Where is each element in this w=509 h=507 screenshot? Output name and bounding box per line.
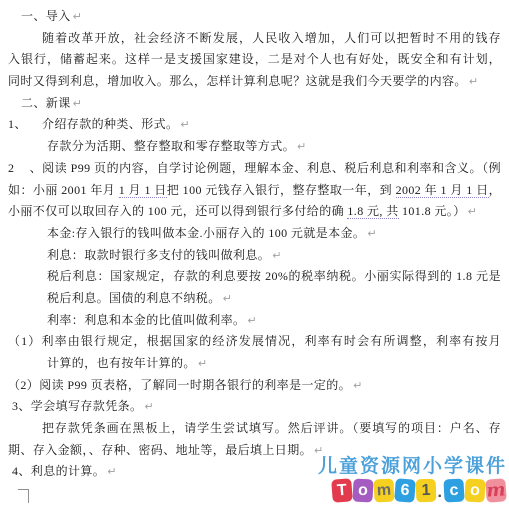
paragraph-mark-icon: ↵ (297, 140, 306, 153)
doc-text: 4、利息的计算。 (12, 464, 105, 478)
watermark-logo: Tom61.com (332, 477, 506, 503)
doc-text: 入银行，储蓄起来。这样一是支援国家建设，二是对个人也有好处，既安全和有计划， (8, 52, 501, 66)
doc-text: 101.8 元。） (399, 204, 466, 218)
doc-text: 利息：取款时银行多支付的钱叫做利息。 (47, 248, 270, 262)
doc-line: 税后利息：国家规定，存款的利息要按 20%的税率纳税。小丽实际得到的 1.8 元… (0, 266, 501, 288)
paragraph-mark-icon: ↵ (144, 400, 153, 413)
paragraph-mark-icon: ↵ (107, 465, 116, 478)
paragraph-mark-icon: ↵ (469, 75, 478, 88)
grammar-marked-text: 2002 年 1 月 1 日 (396, 183, 489, 198)
doc-line: 入银行，储蓄起来。这样一是支援国家建设，二是对个人也有好处，既安全和有计划， (0, 49, 501, 71)
doc-text: 存款分为活期、整存整取和零存整取等方式。 (47, 139, 295, 153)
doc-text: （2）阅读 P99 页表格，了解同一时期各银行的利率是一定的。 (8, 378, 351, 392)
doc-line: 利率：利息和本金的比值叫做利率。↵ (0, 310, 501, 332)
doc-line: （1）利率由银行规定，根据国家的经济发展情况，利率有时会有所调整，利率有按月 (0, 331, 501, 353)
doc-line: 3、学会填写存款凭条。↵ (0, 396, 501, 418)
logo-tile-m: m (485, 478, 507, 502)
paragraph-mark-icon: ↵ (367, 227, 376, 240)
logo-tile-o: o (464, 478, 485, 502)
logo-tile-o: o (352, 478, 373, 502)
doc-text: ， (489, 183, 501, 197)
doc-text: 税后利息：国家规定，存款的利息要按 20%的税率纳税。小丽实际得到的 1.8 元… (47, 269, 501, 283)
paragraph-mark-icon: ↵ (468, 205, 477, 218)
doc-text: 小丽不仅可以取回存入的 100 元，还可以得到银行多付给的确 (8, 204, 347, 218)
doc-text: 如：小丽 2001 年月 (8, 183, 119, 197)
paragraph-mark-icon: ↵ (73, 10, 82, 23)
paragraph-mark-icon: ↵ (247, 314, 256, 327)
doc-text: 本金:存入银行的钱叫做本金.小丽存入的 100 元就是本金。 (47, 226, 365, 240)
logo-tile-c: c (443, 478, 464, 502)
doc-line: 二、新课↵ (0, 93, 501, 115)
doc-text: 把存款凭条画在黑板上，请学生尝试填写。然后评讲。（要填写的项目：户名、存 (42, 421, 501, 435)
doc-line: 1、介绍存款的种类、形式。↵ (0, 114, 501, 136)
grammar-marked-text: 1.8 元, 共 (347, 204, 398, 219)
logo-tile-m: m (373, 478, 394, 502)
doc-line: 计算的，也有按年计算的。↵ (0, 353, 501, 375)
paragraph-mark-icon: ↵ (272, 249, 281, 262)
doc-line: 2、阅读 P99 页的内容，自学讨论例题，理解本金、利息、税后利息和利率和含义。… (0, 158, 501, 180)
logo-tile-6: 6 (394, 478, 416, 502)
doc-line: （2）阅读 P99 页表格，了解同一时期各银行的利率是一定的。↵ (0, 375, 501, 397)
logo-tile-T: T (331, 478, 353, 502)
paragraph-mark-icon: ↵ (180, 118, 189, 131)
doc-text: 介绍存款的种类、形式。 (42, 117, 178, 131)
doc-text: 同时又得到利息，增加收入。那么，怎样计算利息呢？这就是我们今天要学的内容。 (8, 74, 467, 88)
paragraph-mark-icon: ↵ (73, 97, 82, 110)
doc-text: 税后利息。国债的利息不纳税。 (47, 291, 221, 305)
doc-line: 税后利息。国债的利息不纳税。↵ (0, 288, 501, 310)
doc-body: 一、导入↵随着改革开放，社会经济不断发展，人民收入增加，人们可以把暂时不用的钱存… (0, 0, 509, 483)
doc-text: 阅读 P99 页的内容，自学讨论例题，理解本金、利息、税后利息和利率和含义。（例 (42, 161, 501, 175)
doc-text: （1）利率由银行规定，根据国家的经济发展情况，利率有时会有所调整，利率有按月 (8, 334, 501, 348)
doc-line: 一、导入↵ (0, 6, 501, 28)
paragraph-mark-icon: ↵ (223, 292, 232, 305)
doc-text: 3、学会填写存款凭条。 (12, 399, 142, 413)
doc-line: 存款分为活期、整存整取和零存整取等方式。↵ (0, 136, 501, 158)
doc-text: 计算的，也有按年计算的。 (47, 356, 196, 370)
doc-text: 期、存入金额，、存种、密码、地址等，最后填上日期。 (8, 443, 312, 457)
watermark-site-name: 儿童资源网小学课件 (318, 451, 507, 478)
doc-line: 把存款凭条画在黑板上，请学生尝试填写。然后评讲。（要填写的项目：户名、存 (0, 418, 501, 440)
doc-text: 2、 (8, 158, 42, 180)
doc-line: 本金:存入银行的钱叫做本金.小丽存入的 100 元就是本金。↵ (0, 223, 501, 245)
doc-line: 随着改革开放，社会经济不断发展，人民收入增加，人们可以把暂时不用的钱存 (0, 28, 501, 50)
doc-line: 利息：取款时银行多支付的钱叫做利息。↵ (0, 245, 501, 267)
doc-text: 随着改革开放，社会经济不断发展，人民收入增加，人们可以把暂时不用的钱存 (42, 31, 501, 45)
doc-text: 1、 (8, 114, 42, 136)
paragraph-mark-icon: ↵ (353, 379, 362, 392)
doc-text: 一、导入 (21, 9, 71, 23)
paragraph-mark-icon: ↵ (198, 357, 207, 370)
logo-tile-1: 1 (415, 478, 436, 502)
doc-text: 把 100 元钱存入银行，整存整取一年，到 (167, 183, 396, 197)
doc-text: 二、新课 (21, 96, 71, 110)
margin-crop-mark-vertical (28, 489, 29, 503)
document-page: 一、导入↵随着改革开放，社会经济不断发展，人民收入增加，人们可以把暂时不用的钱存… (0, 0, 509, 507)
doc-text: 利率：利息和本金的比值叫做利率。 (47, 313, 245, 327)
doc-line: 小丽不仅可以取回存入的 100 元，还可以得到银行多付给的确 1.8 元, 共 … (0, 201, 501, 223)
logo-dot: . (438, 483, 442, 503)
grammar-marked-text: 1 月 1 日 (119, 183, 167, 198)
doc-line: 如：小丽 2001 年月 1 月 1 日把 100 元钱存入银行，整存整取一年，… (0, 180, 501, 202)
doc-line: 同时又得到利息，增加收入。那么，怎样计算利息呢？这就是我们今天要学的内容。↵ (0, 71, 501, 93)
